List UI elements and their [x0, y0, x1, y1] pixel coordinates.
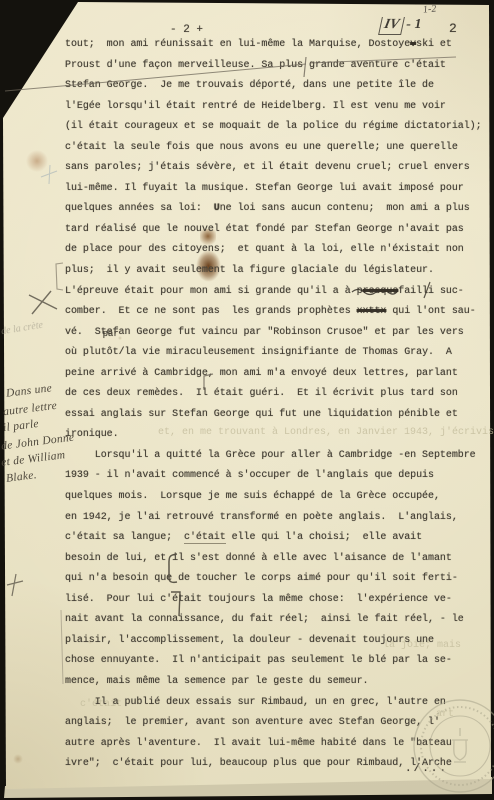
typed-line: sans paroles; j'étais sévère, et il étai… [65, 158, 489, 179]
section-rest: - 1 [403, 17, 422, 32]
typed-line: plaisir, l'accomplissement, la douleur -… [65, 631, 489, 652]
typed-line: essai anglais sur Stefan George qui fut … [65, 405, 489, 426]
typed-line: quelques années sa loi: Une loi sans auc… [65, 199, 489, 220]
typed-line: nait avant la connaissance, du fait réel… [65, 610, 489, 631]
typed-line: en 1942, je l'ai retrouvé transformé en … [65, 508, 489, 529]
typed-line: tard réalisé que le nouvel état fondé pa… [65, 220, 489, 241]
typed-line: ironique. [65, 425, 489, 446]
typed-line: lui-même. Il fuyait la musique. Stefan G… [65, 179, 489, 200]
handwritten-folio-note: 1-2 [422, 3, 436, 15]
typed-line: c'était la seule fois que nous avons eu … [65, 138, 489, 159]
embossed-seal [402, 692, 494, 800]
typed-line: l'Egée lorsqu'il était rentré de Heidelb… [65, 97, 489, 118]
handwritten-section-mark: IV - 1 [380, 17, 421, 35]
typed-line: besoin de lui, et il s'est donné à elle … [65, 549, 489, 570]
boxed-numeral: IV [378, 17, 405, 35]
seal-crest [452, 728, 468, 762]
scanned-typescript-page: et, en me trouvant à Londres, en Janvier… [0, 0, 494, 800]
typed-line: vé. Stefan George fut vaincu par "Robins… [65, 323, 489, 344]
typed-line: mence, mais même la semence par le geste… [65, 672, 489, 693]
typed-line: qui n'a besoin que de toucher le corps a… [65, 569, 489, 590]
typed-line: L'épreuve était pour mon ami si grande q… [65, 282, 489, 303]
typed-line: où plutôtpar/la vie miraculeusement insi… [65, 343, 489, 364]
typed-line: de place pour des citoyens; et quant à l… [65, 240, 489, 261]
typed-line: tout; mon ami réunissait en lui-même la … [65, 35, 489, 56]
typed-line: peine arrivé à Cambridge, mon ami m'a en… [65, 364, 489, 385]
typed-text-block: tout; mon ami réunissait en lui-même la … [65, 35, 489, 775]
typed-line: quelques mois. Lorsque je me suis échapp… [65, 487, 489, 508]
typed-line: de ces deux remèdes. Il était guéri. Et … [65, 384, 489, 405]
typed-line: c'était sa langue; c'était elle qui l'a … [65, 528, 489, 549]
seal-letter-ring [421, 707, 494, 785]
typed-line: Lorsqu'il a quitté la Grèce pour aller à… [65, 446, 489, 467]
typed-corner-number: 2 [449, 21, 457, 36]
typed-line: Stefan George. Je me trouvais déporté, d… [65, 76, 489, 97]
typed-line: lisé. Pour lui c'était toujours la même … [65, 590, 489, 611]
typed-line: 1939 - il n'avait commencé à s'occuper d… [65, 466, 489, 487]
typed-line: comber. Et ce ne sont pas les grands pro… [65, 302, 489, 323]
typed-line: plus; il y avait seulement la figure gla… [65, 261, 489, 282]
typed-line: Proust d'une façon merveilleuse. Sa plus… [65, 56, 489, 77]
typed-line: (il était courageux et se moquait de la … [65, 117, 489, 138]
seal-inner-ring [430, 716, 490, 776]
typed-line: chose ennuyante. Il n'anticipait pas seu… [65, 651, 489, 672]
